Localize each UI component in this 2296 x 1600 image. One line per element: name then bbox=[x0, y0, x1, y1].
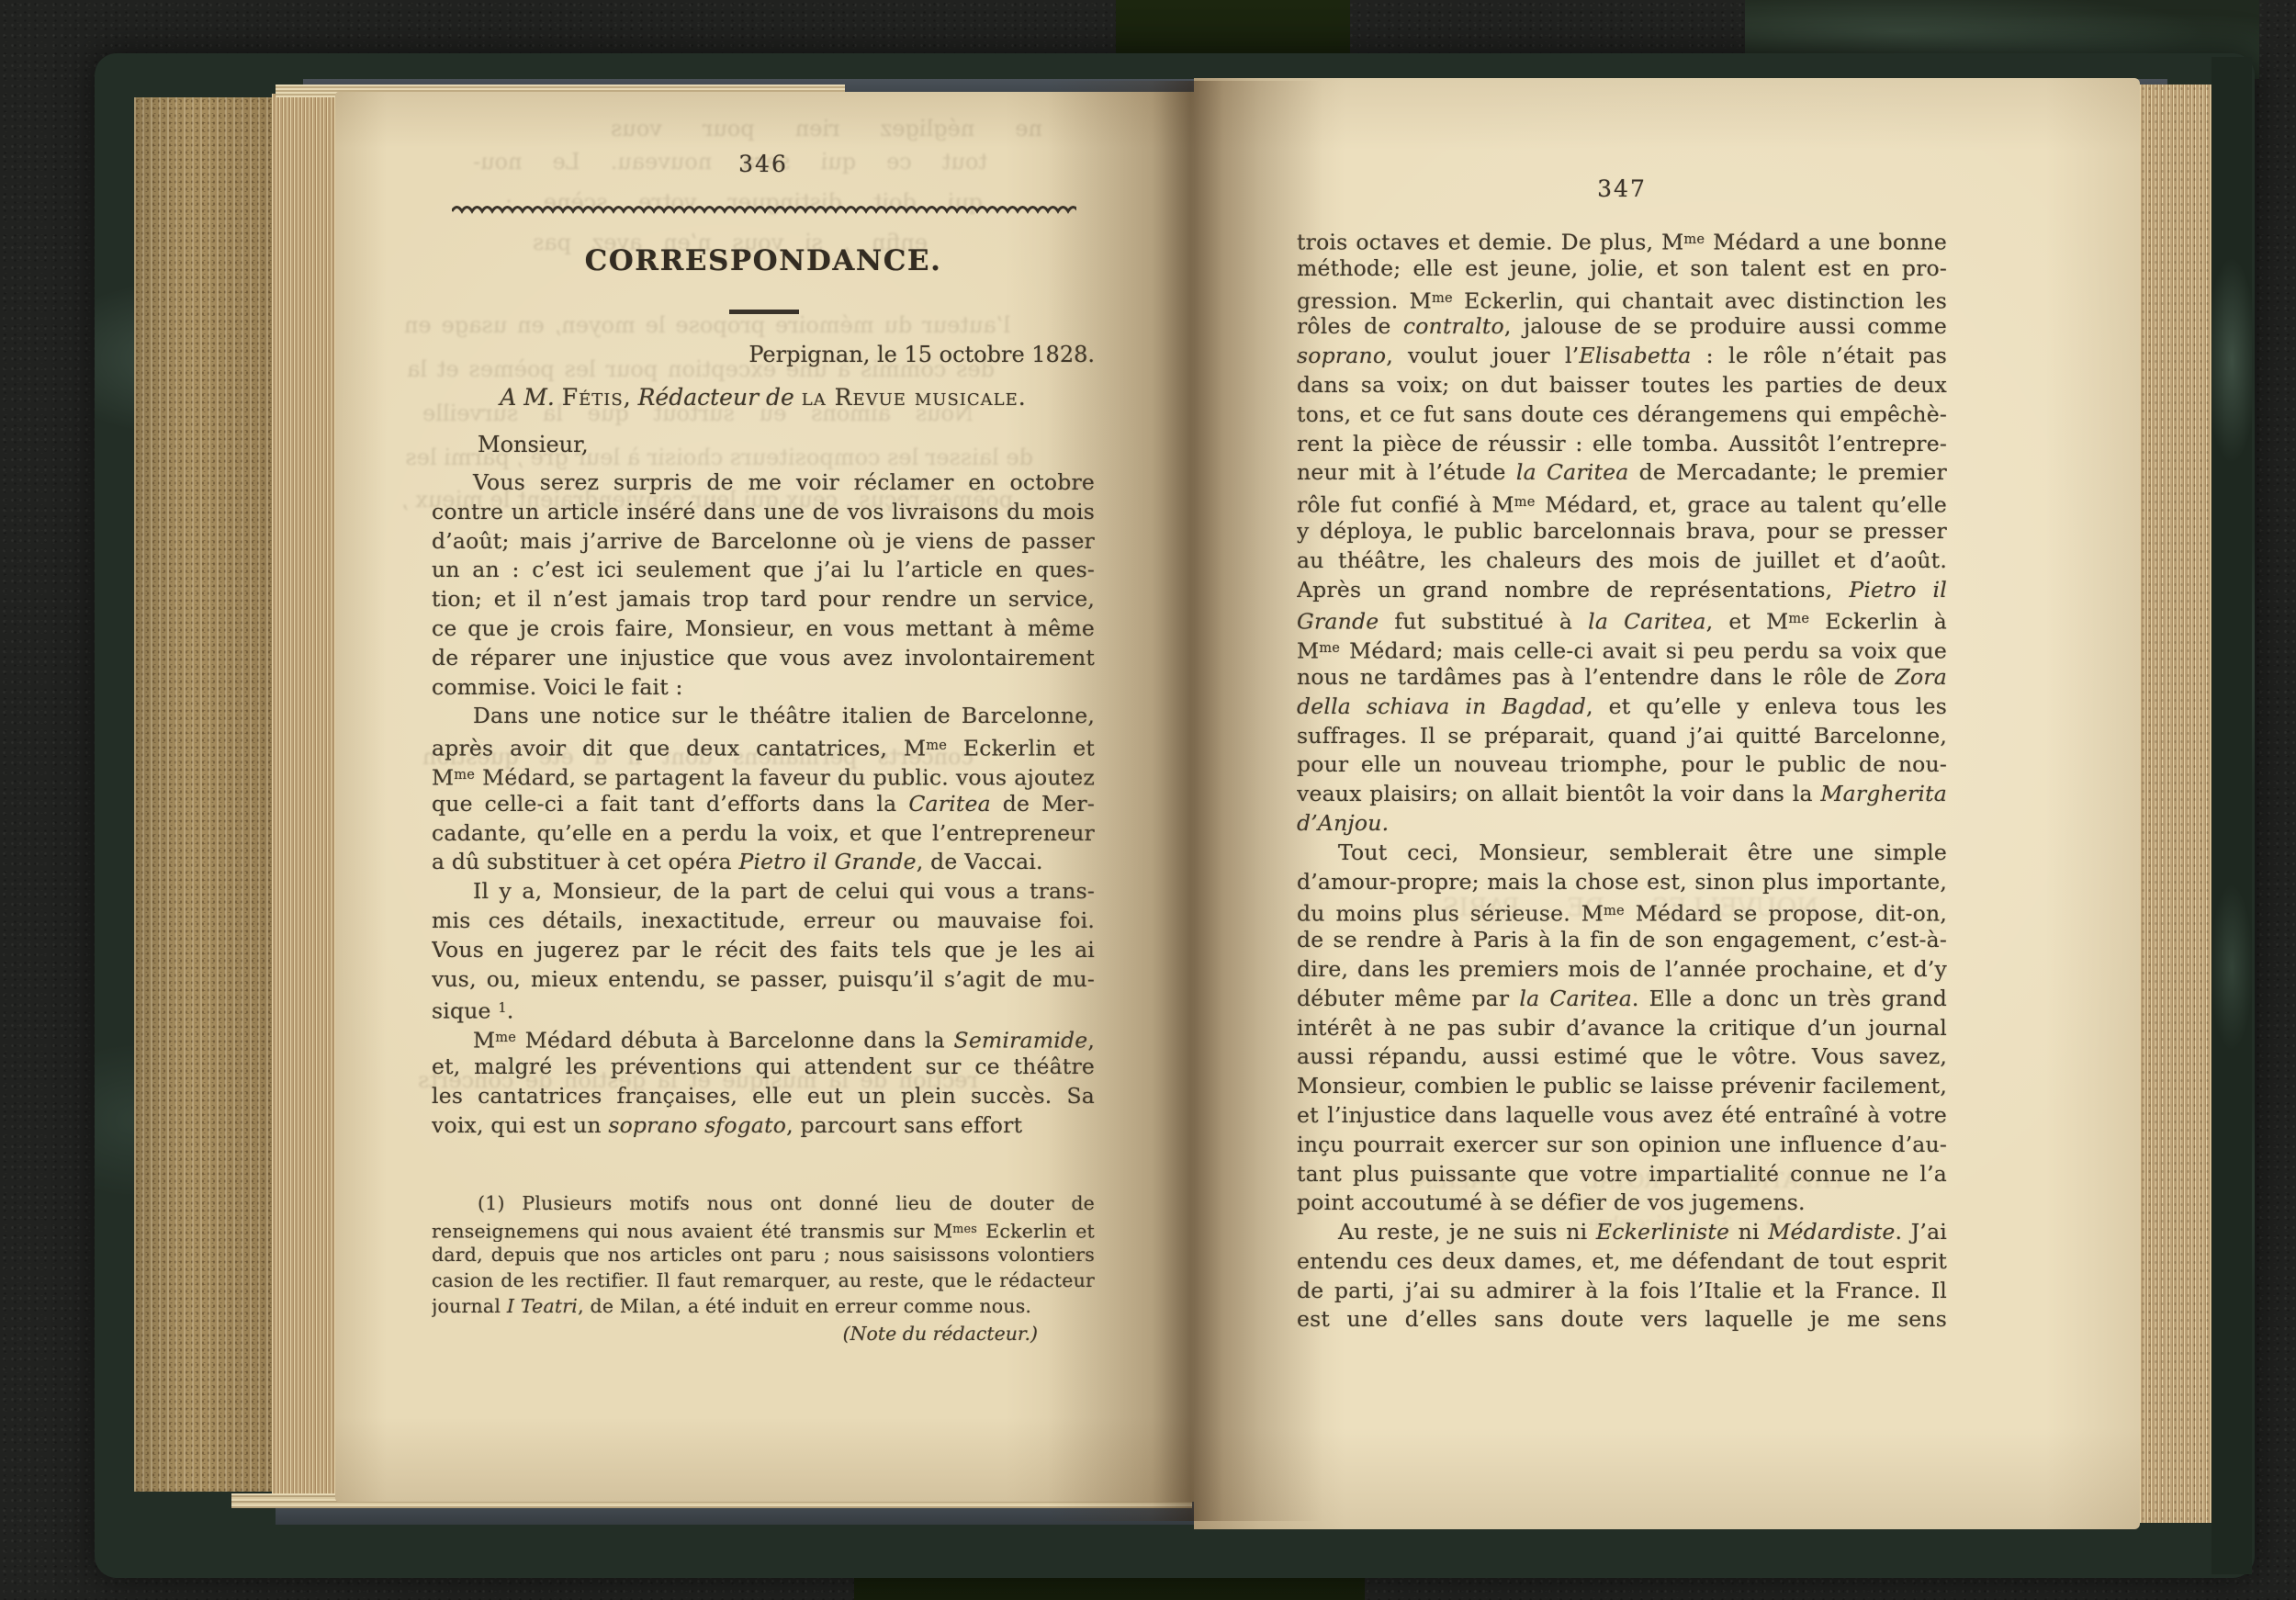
text-line: tons, et ce fut sans doute ces dérangeme… bbox=[1297, 400, 1947, 430]
text-line: méthode; elle est jeune, jolie, et son t… bbox=[1297, 254, 1947, 284]
text-line: et, malgré les préventions qui attendent… bbox=[432, 1053, 1095, 1082]
text-line: dard, depuis que nos articles ont paru ;… bbox=[432, 1242, 1095, 1268]
text-line: Après un grand nombre de représentations… bbox=[1297, 576, 1947, 605]
text-line: Au reste, je ne suis ni Eckerliniste ni … bbox=[1297, 1218, 1947, 1247]
text-line: inçu pourrait exercer sur son opinion un… bbox=[1297, 1131, 1947, 1160]
text-line: Mme Médard, se partagent la faveur du pu… bbox=[432, 761, 1095, 790]
text-line: un an : c’est ici seulement que j’ai lu … bbox=[432, 556, 1095, 585]
cover-edge-right bbox=[2212, 57, 2252, 1574]
text-line: d’Anjou. bbox=[1297, 809, 1947, 839]
salutation: Monsieur, bbox=[432, 432, 1095, 457]
text-line: y déploya, le public barcelonnais brava,… bbox=[1297, 517, 1947, 546]
text-line: trois octaves et demie. De plus, Mme Méd… bbox=[1297, 225, 1947, 254]
text-line: Vous serez surpris de me voir réclamer e… bbox=[432, 468, 1095, 498]
text-line: della schiava in Bagdad, et qu’elle y en… bbox=[1297, 693, 1947, 722]
text-line: pour elle un nouveau triomphe, pour le p… bbox=[1297, 750, 1947, 780]
footnote: (1) Plusieurs motifs nous ont donné lieu… bbox=[432, 1190, 1095, 1319]
text-line: gression. Mme Eckerlin, qui chantait ave… bbox=[1297, 284, 1947, 313]
text-line: de parti, j’ai su admirer à la fois l’It… bbox=[1297, 1277, 1947, 1306]
text-line: sique 1. bbox=[432, 994, 1095, 1023]
left-page: ne négligez rien pour voustout ce qui se… bbox=[335, 92, 1194, 1502]
text-line: Mme Médard débuta à Barcelonne dans la S… bbox=[432, 1023, 1095, 1053]
text-line: rôle fut confié à Mme Médard, et, grace … bbox=[1297, 488, 1947, 517]
text-line: Vous en jugerez par le récit des faits t… bbox=[432, 936, 1095, 965]
text-line: a dû substituer à cet opéra Pietro il Gr… bbox=[432, 848, 1095, 877]
right-page: NOUVELLES DE PARISTHÉATRE ROYAL ITALIENl… bbox=[1194, 78, 2140, 1529]
text-line: après avoir dit que deux cantatrices, Mm… bbox=[432, 731, 1095, 761]
text-line: dire, dans les premiers mois de l’année … bbox=[1297, 955, 1947, 985]
text-line: rent la pièce de réussir : elle tomba. A… bbox=[1297, 430, 1947, 459]
text-line: tant plus puissante que votre impartiali… bbox=[1297, 1160, 1947, 1189]
right-page-edges bbox=[2140, 85, 2212, 1523]
text-line: (1) Plusieurs motifs nous ont donné lieu… bbox=[432, 1190, 1095, 1216]
left-body-text: Vous serez surpris de me voir réclamer e… bbox=[432, 468, 1095, 1140]
short-rule bbox=[729, 310, 799, 314]
text-line: aussi répandu, aussi estimé que le vôtre… bbox=[1297, 1042, 1947, 1072]
text-line: commise. Voici le fait : bbox=[432, 673, 1095, 703]
text-line: casion de les rectifier. Il faut remarqu… bbox=[432, 1268, 1095, 1293]
left-folio: 346 bbox=[432, 151, 1095, 177]
text-line: et l’injustice dans laquelle vous avez é… bbox=[1297, 1101, 1947, 1131]
text-line: d’amour-propre; mais la chose est, sinon… bbox=[1297, 868, 1947, 897]
footnote-credit: (Note du rédacteur.) bbox=[432, 1323, 1095, 1345]
text-line: renseignemens qui nous avaient été trans… bbox=[432, 1216, 1095, 1242]
text-line: que celle-ci a fait tant d’efforts dans … bbox=[432, 790, 1095, 819]
left-fore-edge bbox=[134, 97, 272, 1492]
text-line: débuter même par la Caritea. Elle a donc… bbox=[1297, 985, 1947, 1014]
letter-address: A M. Fétis, Rédacteur de la Revue musica… bbox=[432, 384, 1095, 411]
text-line: mis ces détails, inexactitude, erreur ou… bbox=[432, 907, 1095, 936]
text-line: Tout ceci, Monsieur, semblerait être une… bbox=[1297, 839, 1947, 868]
text-line: Mme Médard; mais celle-ci avait si peu p… bbox=[1297, 634, 1947, 663]
text-line: tion; et il n’est jamais trop tard pour … bbox=[432, 585, 1095, 614]
text-line: est une d’elles sans doute vers laquelle… bbox=[1297, 1305, 1947, 1335]
text-line: Monsieur, combien le public se laisse pr… bbox=[1297, 1072, 1947, 1101]
text-line: neur mit à l’étude la Caritea de Mercada… bbox=[1297, 458, 1947, 488]
text-line: nous ne tardâmes pas à l’entendre dans l… bbox=[1297, 663, 1947, 693]
text-line: contre un article inséré dans une de vos… bbox=[432, 498, 1095, 527]
text-line: point accoutumé à se défier de vos jugem… bbox=[1297, 1189, 1947, 1218]
text-line: cadante, qu’elle en a perdu la voix, et … bbox=[432, 819, 1095, 849]
text-line: d’août; mais j’arrive de Barcelonne où j… bbox=[432, 527, 1095, 557]
book-scan: ne négligez rien pour voustout ce qui se… bbox=[0, 0, 2296, 1600]
text-line: voix, qui est un soprano sfogato, parcou… bbox=[432, 1111, 1095, 1141]
right-body-text: trois octaves et demie. De plus, Mme Méd… bbox=[1297, 225, 1947, 1335]
text-line: ce que je crois faire, Monsieur, en vous… bbox=[432, 614, 1095, 644]
text-line: soprano, voulut jouer l’Elisabetta : le … bbox=[1297, 342, 1947, 371]
left-text-column: 346 CORRESPONDANCE. Perpignan, le 15 oct… bbox=[432, 92, 1095, 1502]
text-line: au théâtre, les chaleurs des mois de jui… bbox=[1297, 546, 1947, 576]
right-folio: 347 bbox=[1297, 175, 1947, 202]
text-line: journal I Teatri, de Milan, a été induit… bbox=[432, 1293, 1095, 1319]
text-line: les cantatrices françaises, elle eut un … bbox=[432, 1082, 1095, 1111]
text-line: vus, ou, mieux entendu, se passer, puisq… bbox=[432, 965, 1095, 995]
text-line: entendu ces deux dames, et, me défendant… bbox=[1297, 1247, 1947, 1277]
text-line: de se rendre à Paris à la fin de son eng… bbox=[1297, 926, 1947, 955]
text-line: suffrages. Il se préparait, quand j’ai q… bbox=[1297, 722, 1947, 751]
text-line: dans sa voix; on dut baisser toutes les … bbox=[1297, 371, 1947, 400]
text-line: intérêt à ne pas subir d’avance la criti… bbox=[1297, 1014, 1947, 1043]
text-line: rôles de contralto, jalouse de se produi… bbox=[1297, 312, 1947, 342]
text-line: Il y a, Monsieur, de la part de celui qu… bbox=[432, 877, 1095, 907]
text-line: Grande fut substitué à la Caritea, et Mm… bbox=[1297, 604, 1947, 634]
text-line: Dans une notice sur le théâtre italien d… bbox=[432, 702, 1095, 731]
right-text-column: 347 trois octaves et demie. De plus, Mme… bbox=[1297, 78, 1947, 1529]
text-line: du moins plus sérieuse. Mme Médard se pr… bbox=[1297, 896, 1947, 926]
dateline: Perpignan, le 15 octobre 1828. bbox=[432, 342, 1095, 367]
text-line: veaux plaisirs; on allait bientôt la voi… bbox=[1297, 780, 1947, 809]
left-page-edges bbox=[272, 94, 338, 1497]
text-line: de réparer une injustice que vous avez i… bbox=[432, 644, 1095, 673]
section-title: CORRESPONDANCE. bbox=[432, 244, 1095, 277]
wavy-rule bbox=[452, 204, 1076, 217]
